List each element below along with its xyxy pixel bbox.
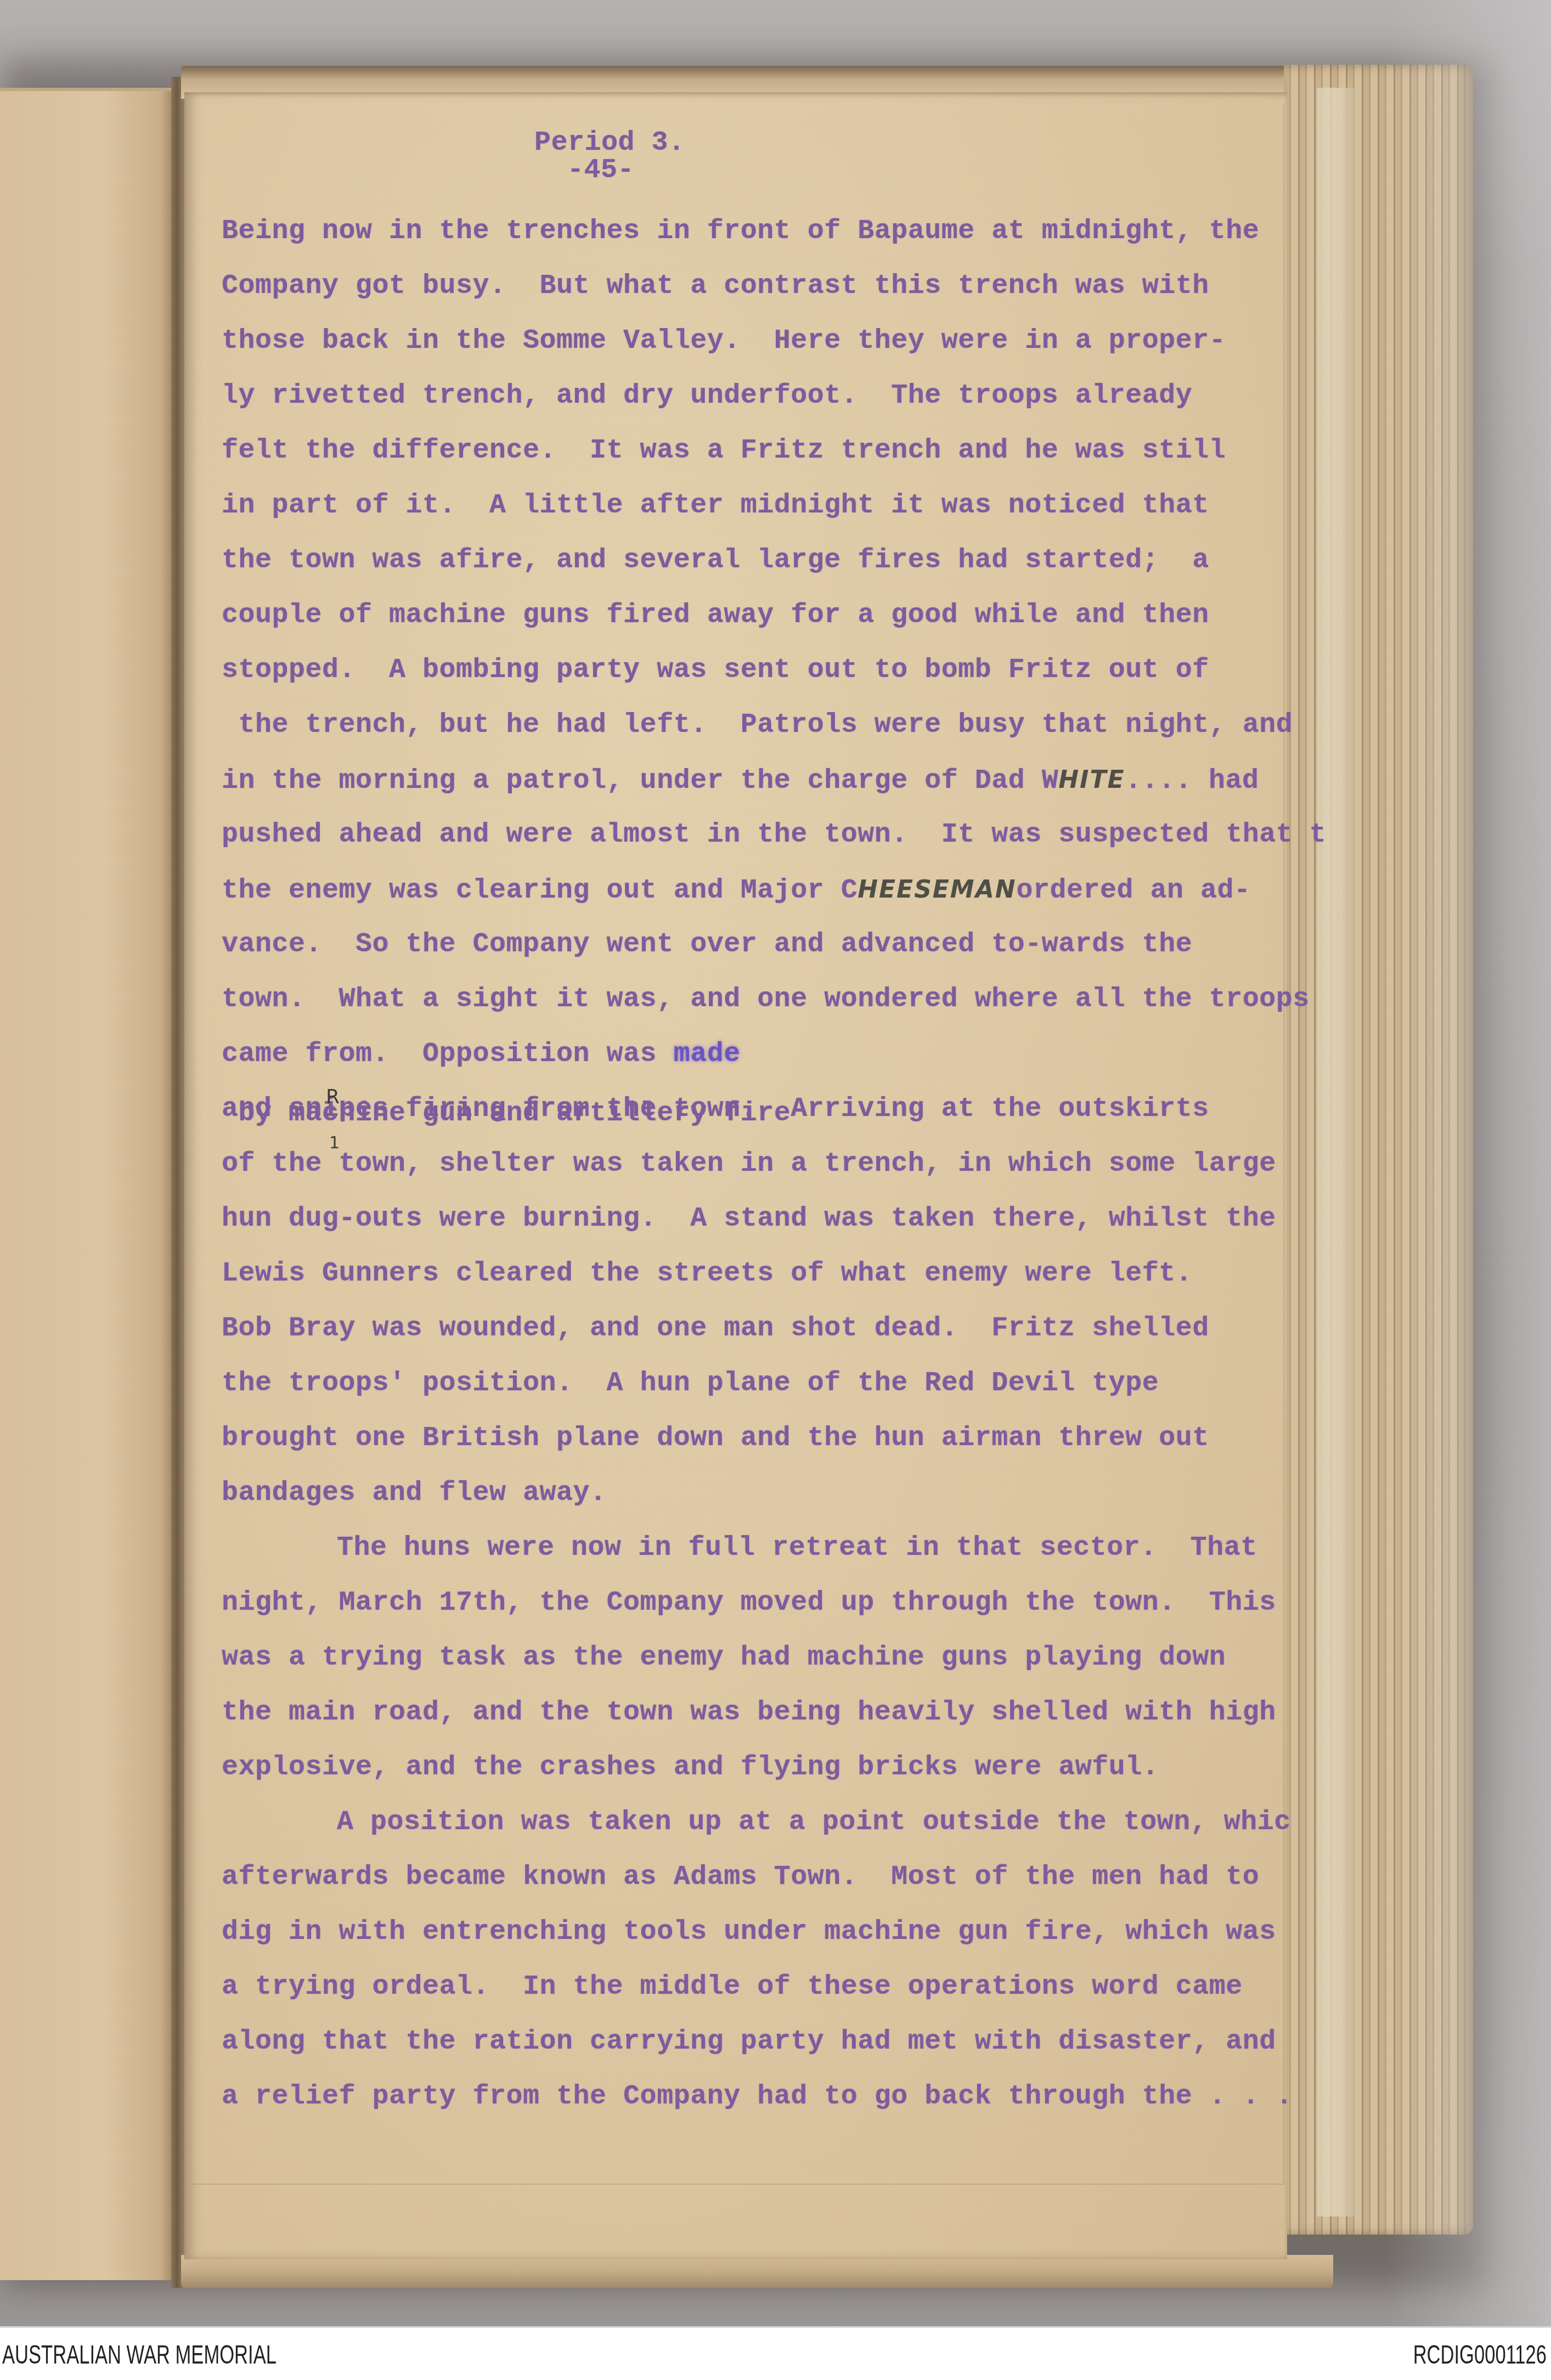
text-line: stopped. A bombing party was sent out to… [222,643,1297,698]
text-line: felt the difference. It was a Fritz tren… [222,424,1297,478]
page-bottom-edge [181,2255,1333,2288]
caption-footer: AUSTRALIAN WAR MEMORIAL RCDIG0001126 [0,2326,1551,2380]
text-line: couple of machine guns fired away for a … [222,588,1297,643]
text-line: Lewis Gunners cleared the streets of wha… [222,1247,1297,1301]
text-line: of the town, shelter was taken in a tren… [222,1137,1297,1192]
pasted-sheet: Period 3. -45- Being now in the trenches… [189,104,1284,2185]
text-line: ly rivetted trench, and dry underfoot. T… [222,369,1297,424]
text-line: brought one British plane down and the h… [222,1411,1297,1466]
text-line-corrected: R and snipes firing from the town. Arriv… [222,1082,1297,1137]
text-line: the troops' position. A hun plane of the… [222,1356,1297,1411]
institution-caption: AUSTRALIAN WAR MEMORIAL [2,2340,277,2370]
page-number: -45- [567,155,634,186]
text-line: vance. So the Company went over and adva… [222,917,1297,972]
text-line: Company got busy. But what a contrast th… [222,259,1297,314]
text-line: the town was afire, and several large fi… [222,533,1297,588]
text-line: explosive, and the crashes and flying br… [222,1740,1297,1795]
text-line: hun dug-outs were burning. A stand was t… [222,1192,1297,1247]
text-line: Bob Bray was wounded, and one man shot d… [222,1301,1297,1356]
text-line: a relief party from the Company had to g… [222,2069,1297,2124]
text-line: pushed ahead and were almost in the town… [222,808,1297,862]
left-page-edge [0,88,174,2280]
handwritten-name-cheeseman: HEESEMAN [858,862,1016,917]
book-photograph: Period 3. -45- Being now in the trenches… [0,0,1551,2326]
typed-text-body: Being now in the trenches in front of Ba… [222,204,1297,2124]
text-line: Being now in the trenches in front of Ba… [222,204,1297,259]
period-heading: Period 3. [534,127,685,159]
text-line: a trying ordeal. In the middle of these … [222,1960,1297,2015]
text-line: along that the ration carrying party had… [222,2015,1297,2069]
text-line-annotated: the enemy was clearing out and Major CHE… [222,862,1297,917]
text-line: the trench, but he had left. Patrols wer… [222,698,1297,753]
page-stack-band [1317,88,1355,2217]
typed-page: Period 3. -45- Being now in the trenches… [184,92,1287,2259]
text-line: the main road, and the town was being he… [222,1685,1297,1740]
text-line: dig in with entrenching tools under mach… [222,1905,1297,1960]
text-line: afterwards became known as Adams Town. M… [222,1850,1297,1905]
text-line: was a trying task as the enemy had machi… [222,1631,1297,1685]
text-line: bandages and flew away. [222,1466,1297,1521]
text-line: night, March 17th, the Company moved up … [222,1576,1297,1631]
text-line: town. What a sight it was, and one wonde… [222,972,1297,1027]
text-line: those back in the Somme Valley. Here the… [222,314,1297,369]
text-line: in part of it. A little after midnight i… [222,478,1297,533]
text-line: came from. Opposition was made by machin… [222,1027,1297,1082]
page-stack-edge [1284,65,1473,2235]
paragraph-start-line: A position was taken up at a point outsi… [222,1795,1297,1850]
text-line-annotated: in the morning a patrol, under the charg… [222,753,1297,808]
book-gutter [171,77,185,2288]
paragraph-start-line: The huns were now in full retreat in tha… [222,1521,1297,1576]
record-identifier: RCDIG0001126 [1413,2340,1547,2370]
ink-smudge-word: made [674,1027,741,1082]
handwritten-name-white: HITE [1058,753,1125,808]
